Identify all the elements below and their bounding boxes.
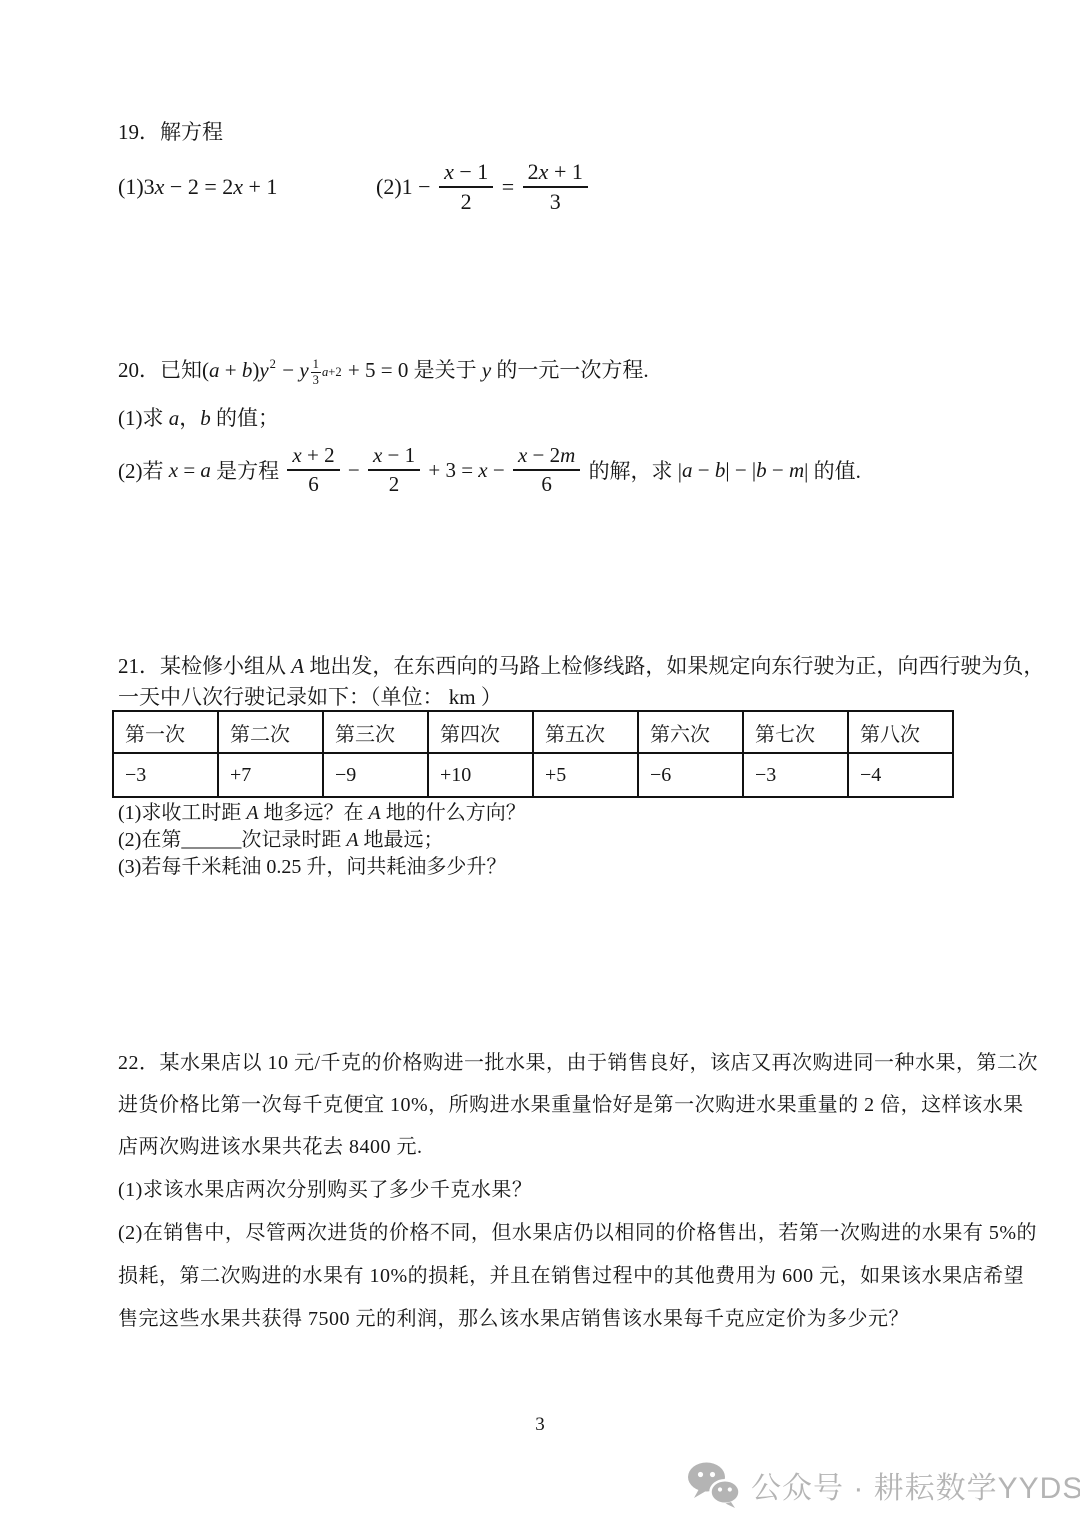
problem-22-q2-line3: 售完这些水果共获得 7500 元的利润，那么该水果店销售该水果每千克应定价为多少… — [118, 1306, 909, 1332]
table-header-cell: 第二次 — [218, 711, 323, 753]
problem-22-line2: 进货价格比第一次每千克便宜 10%，所购进水果重量恰好是第一次购进水果重量的 2… — [118, 1092, 1024, 1118]
problem-22-line3: 店两次购进该水果共花去 8400 元. — [118, 1134, 423, 1160]
problem-19-eq1: (1)3x − 2 = 2x + 1 — [118, 172, 277, 202]
problem-19-title: 19．解方程 — [118, 118, 223, 146]
problem-21-line1: 21．某检修小组从 A 地出发，在东西向的马路上检修线路，如果规定向东行驶为正，… — [118, 652, 1044, 680]
problem-20-title: 20．已知(a + b)y2 − y13a+2 + 5 = 0 是关于 y 的一… — [118, 356, 649, 398]
problem-22-q2-line1: (2)在销售中，尽管两次进货的价格不同，但水果店仍以相同的价格售出，若第一次购进… — [118, 1220, 1037, 1246]
table-header-cell: 第一次 — [113, 711, 218, 753]
problem-21-q2: (2)在第______次记录时距 A 地最远； — [118, 827, 444, 853]
problem-22-q1: (1)求该水果店两次分别购买了多少千克水果？ — [118, 1177, 532, 1203]
worksheet-page: 19．解方程 (1)3x − 2 = 2x + 1 (2)1 − x − 12 … — [0, 0, 1080, 1527]
table-value-cell: −3 — [113, 753, 218, 797]
problem-21-line2: 一天中八次行驶记录如下：（单位： km ） — [118, 683, 502, 711]
problem-20-q2: (2)若 x = a 是方程 x + 26 − x − 12 + 3 = x −… — [118, 440, 861, 500]
problem-21-q1: (1)求收工时距 A 地多远？在 A 地的什么方向？ — [118, 800, 526, 826]
table-value-cell: −6 — [638, 753, 743, 797]
footer-label: 公众号 · 耕耘数学YYDS — [751, 1463, 1080, 1507]
table-header-cell: 第六次 — [638, 711, 743, 753]
problem-21-q3: (3)若每千米耗油 0.25 升，问共耗油多少升？ — [118, 854, 506, 880]
table-header-cell: 第四次 — [428, 711, 533, 753]
table-header-cell: 第五次 — [533, 711, 638, 753]
problem-20-q1: (1)求 a，b 的值； — [118, 404, 279, 432]
table-value-cell: −3 — [743, 753, 848, 797]
table-value-cell: −4 — [848, 753, 953, 797]
table-header-cell: 第三次 — [323, 711, 428, 753]
footer-watermark: 公众号 · 耕耘数学YYDS — [687, 1462, 1080, 1508]
table-header-cell: 第七次 — [743, 711, 848, 753]
wechat-icon — [687, 1462, 741, 1508]
table-header-row: 第一次 第二次 第三次 第四次 第五次 第六次 第七次 第八次 — [113, 711, 953, 753]
trip-record-table: 第一次 第二次 第三次 第四次 第五次 第六次 第七次 第八次 −3 +7 −9… — [112, 710, 954, 798]
problem-19-eq2: (2)1 − x − 12 = 2x + 13 — [376, 156, 591, 218]
table-value-row: −3 +7 −9 +10 +5 −6 −3 −4 — [113, 753, 953, 797]
problem-22-q2-line2: 损耗，第二次购进的水果有 10%的损耗，并且在销售过程中的其他费用为 600 元… — [118, 1263, 1024, 1289]
table-value-cell: +5 — [533, 753, 638, 797]
table-value-cell: −9 — [323, 753, 428, 797]
table-value-cell: +10 — [428, 753, 533, 797]
table-header-cell: 第八次 — [848, 711, 953, 753]
page-number: 3 — [0, 1414, 1080, 1436]
table-value-cell: +7 — [218, 753, 323, 797]
problem-22-line1: 22．某水果店以 10 元/千克的价格购进一批水果，由于销售良好，该店又再次购进… — [118, 1050, 1038, 1076]
